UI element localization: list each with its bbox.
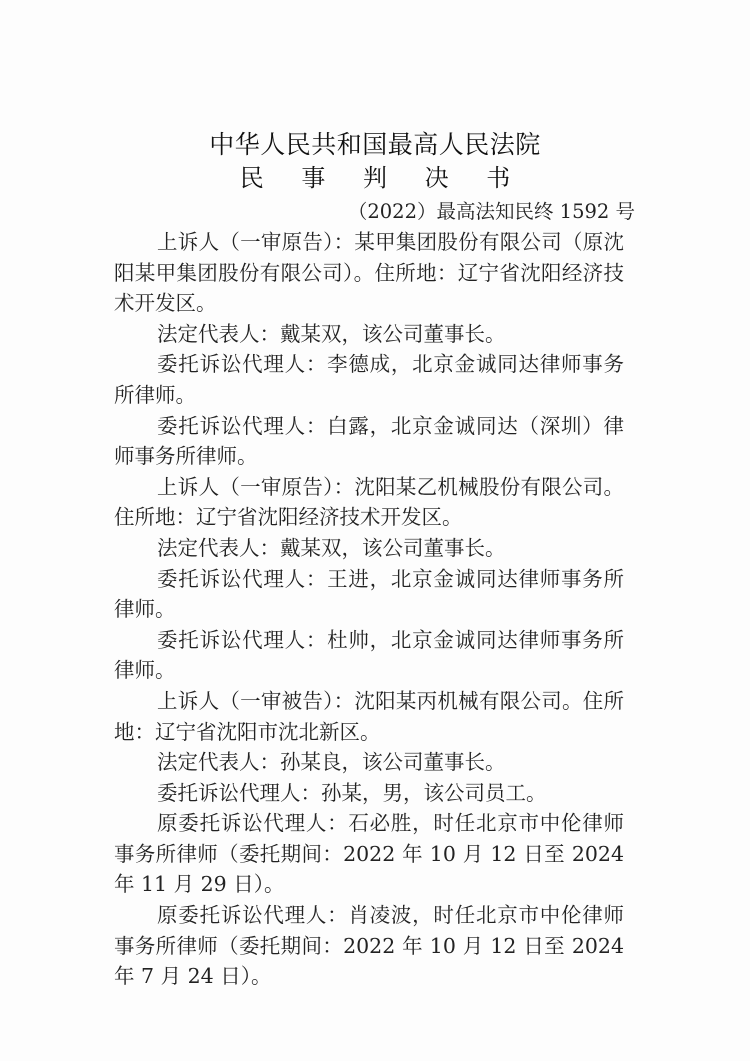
appellant-1: 上诉人（一审原告）：某甲集团股份有限公司（原沈阳某甲集团股份有限公司）。住所地：…	[114, 227, 624, 319]
former-agent-2: 原委托诉讼代理人：肖凌波，时任北京市中伦律师事务所律师（委托期间：2022 年 …	[114, 900, 624, 992]
document-type: 民 事 判 决 书	[0, 163, 750, 193]
appellant-2-agent-1: 委托诉讼代理人：王进，北京金诚同达律师事务所律师。	[114, 564, 624, 625]
appellant-2-legal-rep: 法定代表人：戴某双，该公司董事长。	[114, 533, 624, 564]
appellant-1-agent-2: 委托诉讼代理人：白露，北京金诚同达（深圳）律师事务所律师。	[114, 411, 624, 472]
parties-section: 上诉人（一审原告）：某甲集团股份有限公司（原沈阳某甲集团股份有限公司）。住所地：…	[114, 227, 624, 992]
former-agent-1: 原委托诉讼代理人：石必胜，时任北京市中伦律师事务所律师（委托期间：2022 年 …	[114, 808, 624, 900]
document-page: 中华人民共和国最高人民法院 民 事 判 决 书 （2022）最高法知民终 159…	[0, 0, 750, 1061]
appellant-2-agent-2: 委托诉讼代理人：杜帅，北京金诚同达律师事务所律师。	[114, 625, 624, 686]
court-name: 中华人民共和国最高人民法院	[0, 130, 750, 160]
appellant-1-agent-1: 委托诉讼代理人：李德成，北京金诚同达律师事务所律师。	[114, 349, 624, 410]
appellant-3-legal-rep: 法定代表人：孙某良，该公司董事长。	[114, 747, 624, 778]
appellant-3: 上诉人（一审被告）：沈阳某丙机械有限公司。住所地：辽宁省沈阳市沈北新区。	[114, 686, 624, 747]
case-number: （2022）最高法知民终 1592 号	[348, 198, 635, 226]
appellant-3-agent: 委托诉讼代理人：孙某，男，该公司员工。	[114, 778, 624, 809]
appellant-1-legal-rep: 法定代表人：戴某双，该公司董事长。	[114, 319, 624, 350]
appellant-2: 上诉人（一审原告）：沈阳某乙机械股份有限公司。住所地：辽宁省沈阳经济技术开发区。	[114, 472, 624, 533]
